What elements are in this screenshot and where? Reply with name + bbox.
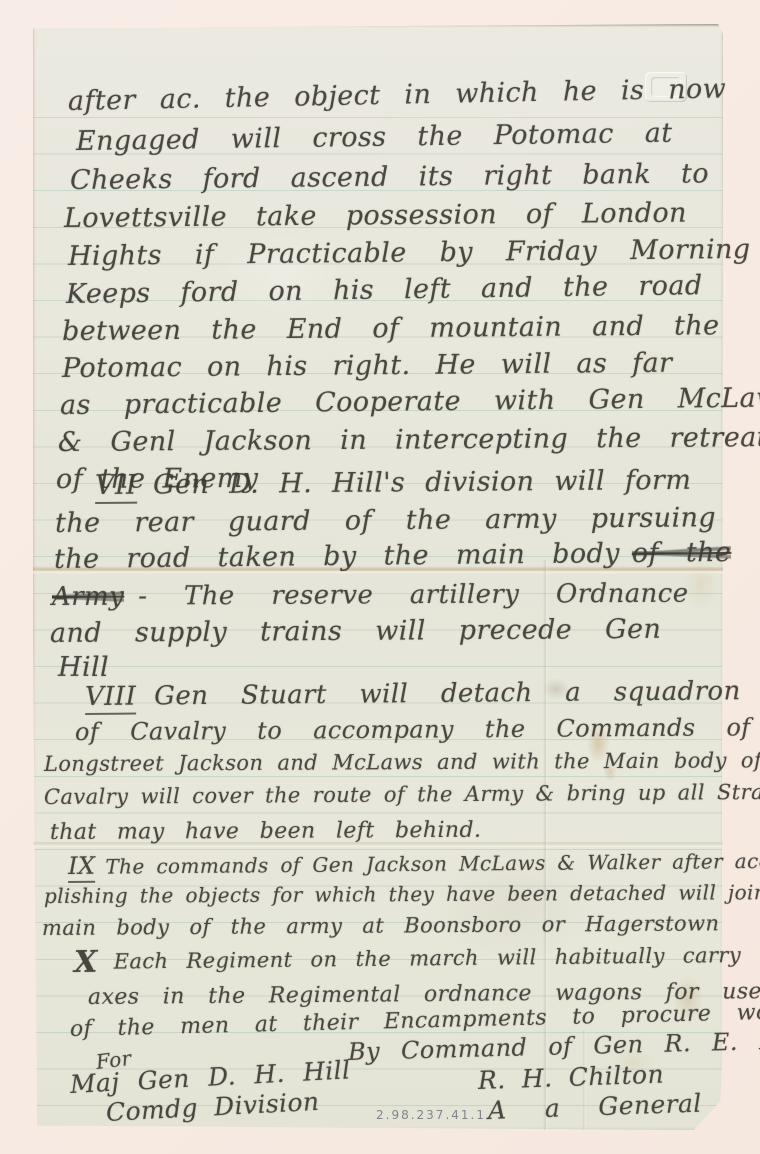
manuscript-line-text: - The reserve artillery Ordnance (138, 579, 688, 612)
manuscript-line: main body of the army at Boonsboro or Ha… (42, 913, 719, 939)
signer-title: A a General (488, 1091, 703, 1123)
manuscript-line: Potomac on his right. He will as far (62, 350, 673, 382)
manuscript-line: and supply trains will precede Gen (50, 616, 661, 647)
manuscript-line: IXThe commands of Gen Jackson McLaws & W… (68, 848, 760, 878)
manuscript-line: as practicable Cooperate with Gen McLaws (60, 384, 760, 419)
manuscript-line-text: Gen Stuart will detach a squadron (154, 676, 741, 711)
manuscript-line: Army- The reserve artillery Ordnance (52, 581, 689, 610)
manuscript-line: plishing the objects for which they have… (44, 882, 760, 906)
manuscript-line: between the End of mountain and the (62, 312, 720, 345)
scan-background: after ac. the object in which he is now … (0, 0, 760, 1154)
section-numeral: X (74, 945, 98, 980)
manuscript-line: the rear guard of the army pursuing (55, 504, 716, 537)
manuscript-line: Cheeks ford ascend its right bank to (70, 160, 709, 194)
manuscript-line-text: the road taken by the main body (54, 538, 620, 575)
manuscript-line: Hill (58, 654, 109, 681)
manuscript-line: Cavalry will cover the route of the Army… (44, 781, 760, 808)
manuscript-line-text: Gen D. H. Hill's division will form (153, 465, 692, 501)
manuscript-line: Engaged will cross the Potomac at (76, 120, 673, 155)
section-numeral: VII (95, 470, 137, 504)
crossed-out-text: of the (632, 537, 732, 569)
manuscript-line: Hights if Practicable by Friday Morning (68, 236, 751, 270)
manuscript-line: that may have been left behind. (50, 820, 481, 844)
manuscript-line: Lovettsville take possession of London (64, 200, 687, 232)
manuscript-line: VIIIGen Stuart will detach a squadron (85, 678, 741, 710)
manuscript-line: Longstreet Jackson and McLaws and with t… (44, 750, 760, 775)
manuscript-line: & Genl Jackson in intercepting the retre… (58, 424, 760, 456)
section-numeral: VIII (85, 682, 136, 715)
crossed-out-text: Army (52, 582, 124, 612)
catalog-number: 2.98.237.41.1 (376, 1108, 486, 1122)
manuscript-line: VIIGen D. H. Hill's division will form (95, 467, 692, 499)
manuscript-line: of Cavalry to accompany the Commands of … (75, 715, 760, 744)
manuscript-line-text: Each Regiment on the march will habitual… (114, 943, 760, 974)
section-numeral: IX (68, 852, 96, 883)
signer-name: R. H. Chilton (478, 1062, 665, 1093)
